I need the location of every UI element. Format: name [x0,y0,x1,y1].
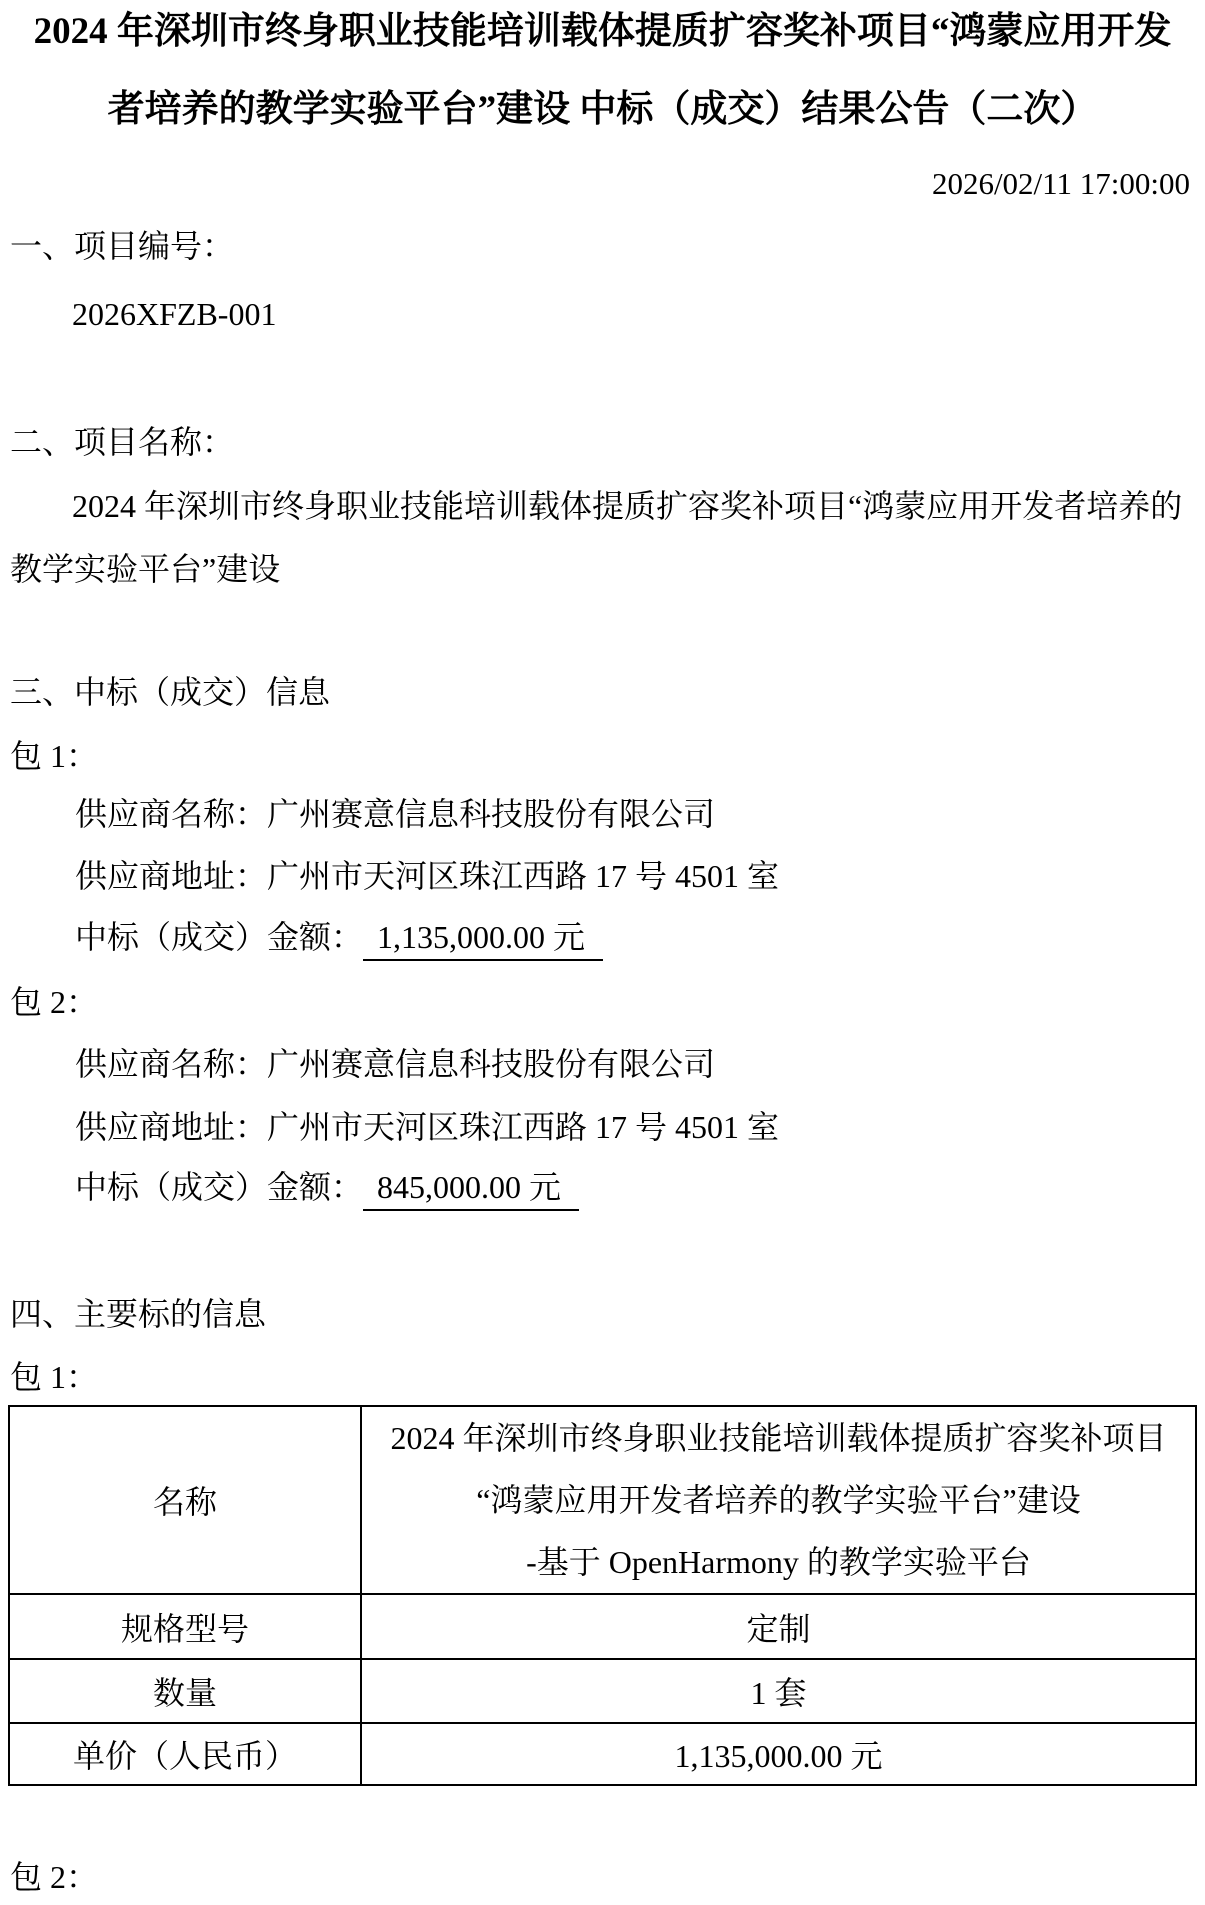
section-heading-project-name: 二、项目名称： [10,423,234,461]
supplier-address-value: 广州市天河区珠江西路 17 号 4501 室 [267,858,779,894]
package-1-supplier-name: 供应商名称：广州赛意信息科技股份有限公司 [75,795,715,833]
award-amount-value: 1,135,000.00 元 [363,918,603,961]
subject-package-2-label: 包 2： [10,1858,98,1896]
project-name-line-1: 2024 年深圳市终身职业技能培训载体提质扩容奖补项目“鸿蒙应用开发者培养的 [72,487,1182,525]
package-2-label: 包 2： [10,983,98,1021]
project-no-value: 2026XFZB-001 [72,295,276,333]
package-1-supplier-address: 供应商地址：广州市天河区珠江西路 17 号 4501 室 [75,857,779,895]
page-title-line-2: 者培养的教学实验平台”建设 中标（成交）结果公告（二次） [0,88,1205,132]
row-value-unit-price: 1,135,000.00 元 [361,1723,1196,1785]
table-row-quantity: 数量 1 套 [9,1659,1196,1723]
row-header-unit-price: 单价（人民币） [9,1723,361,1785]
row-value-quantity: 1 套 [361,1659,1196,1723]
supplier-name-label: 供应商名称： [75,1046,267,1082]
supplier-address-value: 广州市天河区珠江西路 17 号 4501 室 [267,1109,779,1145]
name-value-line-3: -基于 OpenHarmony 的教学实验平台 [362,1531,1195,1593]
row-header-quantity: 数量 [9,1659,361,1723]
package-2-supplier-name: 供应商名称：广州赛意信息科技股份有限公司 [75,1045,715,1083]
project-name-line-2: 教学实验平台”建设 [10,550,280,588]
page-title-line-1: 2024 年深圳市终身职业技能培训载体提质扩容奖补项目“鸿蒙应用开发 [0,10,1205,54]
table-row-name: 名称 2024 年深圳市终身职业技能培训载体提质扩容奖补项目 “鸿蒙应用开发者培… [9,1406,1196,1594]
package-2-award-amount: 中标（成交）金额：845,000.00 元 [75,1168,579,1211]
table-row-spec: 规格型号 定制 [9,1594,1196,1659]
row-header-spec: 规格型号 [9,1594,361,1659]
table-row-unit-price: 单价（人民币） 1,135,000.00 元 [9,1723,1196,1785]
package-1-award-amount: 中标（成交）金额：1,135,000.00 元 [75,918,603,961]
row-value-spec: 定制 [361,1594,1196,1659]
award-amount-value: 845,000.00 元 [363,1168,579,1211]
row-header-name: 名称 [9,1406,361,1594]
supplier-name-value: 广州赛意信息科技股份有限公司 [267,1046,715,1082]
subject-package-1-label: 包 1： [10,1358,98,1396]
section-heading-award-info: 三、中标（成交）信息 [10,673,330,711]
package-2-supplier-address: 供应商地址：广州市天河区珠江西路 17 号 4501 室 [75,1108,779,1146]
row-value-name: 2024 年深圳市终身职业技能培训载体提质扩容奖补项目 “鸿蒙应用开发者培养的教… [361,1406,1196,1594]
name-value-line-1: 2024 年深圳市终身职业技能培训载体提质扩容奖补项目 [362,1407,1195,1469]
supplier-name-value: 广州赛意信息科技股份有限公司 [267,796,715,832]
publish-timestamp: 2026/02/11 17:00:00 [932,165,1190,203]
name-value-line-2: “鸿蒙应用开发者培养的教学实验平台”建设 [362,1469,1195,1531]
subject-info-table: 名称 2024 年深圳市终身职业技能培训载体提质扩容奖补项目 “鸿蒙应用开发者培… [8,1405,1197,1786]
announcement-page: 2024 年深圳市终身职业技能培训载体提质扩容奖补项目“鸿蒙应用开发 者培养的教… [0,0,1205,1905]
award-amount-label: 中标（成交）金额： [75,1169,363,1205]
package-1-label: 包 1： [10,737,98,775]
supplier-address-label: 供应商地址： [75,1109,267,1145]
award-amount-label: 中标（成交）金额： [75,919,363,955]
section-heading-subject-info: 四、主要标的信息 [10,1295,266,1333]
section-heading-project-no: 一、项目编号： [10,227,234,265]
supplier-name-label: 供应商名称： [75,796,267,832]
supplier-address-label: 供应商地址： [75,858,267,894]
